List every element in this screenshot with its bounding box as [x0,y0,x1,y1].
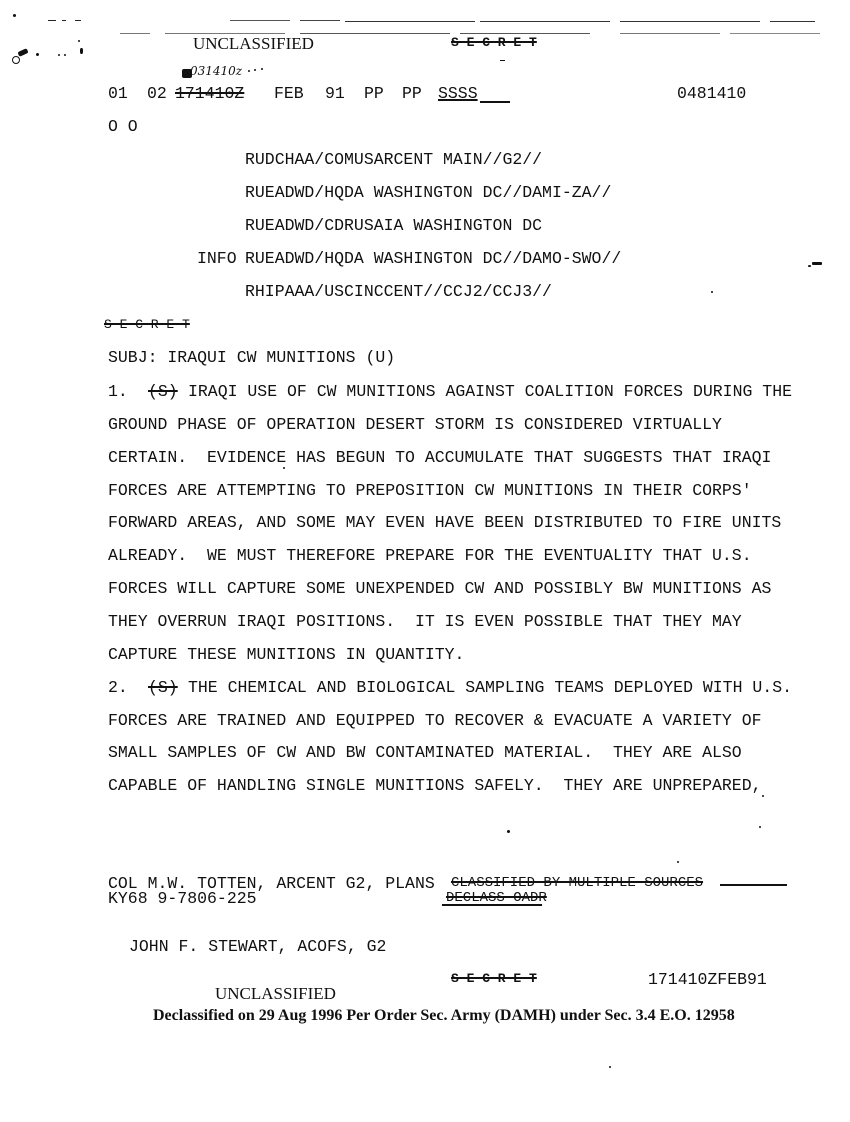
paragraph-1-line-2: GROUND PHASE OF OPERATION DESERT STORM I… [108,417,722,434]
ssss: SSSS [438,86,478,103]
releaser: JOHN F. STEWART, ACOFS, G2 [129,939,386,956]
secret-marking-bottom: S E C R E T [451,972,537,985]
declass-underline [442,904,542,906]
info-label: INFO [197,251,237,268]
precedence-2: 02 [147,86,167,103]
paragraph-2-line-3: SMALL SAMPLES OF CW AND BW CONTAMINATED … [108,745,742,762]
addressee-to-2: RUEADWD/HQDA WASHINGTON DC//DAMI-ZA// [245,185,611,202]
precedence-1: 01 [108,86,128,103]
addressee-info-2: RHIPAAA/USCINCCENT//CCJ2/CCJ3// [245,284,552,301]
drafter-phone: KY68 9-7806-225 [108,891,257,908]
dtg-bottom: 171410ZFEB91 [648,972,767,989]
declassification-notice: Declassified on 29 Aug 1996 Per Order Se… [153,1008,735,1024]
paragraph-1-line-7: FORCES WILL CAPTURE SOME UNEXPENDED CW A… [108,581,771,598]
subject-line: SUBJ: IRAQUI CW MUNITIONS (U) [108,350,395,367]
paragraph-1-classification: (S) [148,384,178,401]
paragraph-1-line-3: CERTAIN. EVIDENCE HAS BEGUN TO ACCUMULAT… [108,450,771,467]
paragraph-1-number: 1. [108,384,128,401]
secret-marking-body: S E C R E T [104,318,190,331]
paragraph-2-number: 2. [108,680,128,697]
classified-by-struck: CLASSIFIED BY MULTIPLE SOURCES [451,876,703,890]
line-oo: O O [108,119,138,136]
addressee-info-1: RUEADWD/HQDA WASHINGTON DC//DAMO-SWO// [245,251,621,268]
paragraph-1-line-5: FORWARD AREAS, AND SOME MAY EVEN HAVE BE… [108,515,781,532]
pp-2: PP [402,86,422,103]
addressee-to-3: RUEADWD/CDRUSAIA WASHINGTON DC [245,218,542,235]
declass-struck: DECLASS OADR [446,891,547,905]
addressee-to-1: RUDCHAA/COMUSARCENT MAIN//G2// [245,152,542,169]
message-number: 0481410 [677,86,746,103]
pp-1: PP [364,86,384,103]
classified-by-strike-extension [720,884,787,886]
secret-marking-top: S E C R E T [451,36,537,49]
paragraph-2-line-2: FORCES ARE TRAINED AND EQUIPPED TO RECOV… [108,713,762,730]
paragraph-1-line-9: CAPTURE THESE MUNITIONS IN QUANTITY. [108,647,464,664]
classification-bottom: UNCLASSIFIED [215,985,336,1002]
year: 91 [325,86,345,103]
month: FEB [274,86,304,103]
paragraph-1-line-8: THEY OVERRUN IRAQI POSITIONS. IT IS EVEN… [108,614,742,631]
paragraph-2-classification: (S) [148,680,178,697]
ssss-underline-extension [480,101,510,103]
paragraph-1-line-4: FORCES ARE ATTEMPTING TO PREPOSITION CW … [108,483,752,500]
paragraph-1-line-1: IRAQI USE OF CW MUNITIONS AGAINST COALIT… [188,384,792,401]
dtg-struck: 171410Z [175,86,244,103]
paragraph-1-line-6: ALREADY. WE MUST THEREFORE PREPARE FOR T… [108,548,752,565]
paragraph-2-line-4: CAPABLE OF HANDLING SINGLE MUNITIONS SAF… [108,778,762,795]
classification-top: UNCLASSIFIED [193,35,314,52]
paragraph-2-line-1: THE CHEMICAL AND BIOLOGICAL SAMPLING TEA… [188,680,792,697]
